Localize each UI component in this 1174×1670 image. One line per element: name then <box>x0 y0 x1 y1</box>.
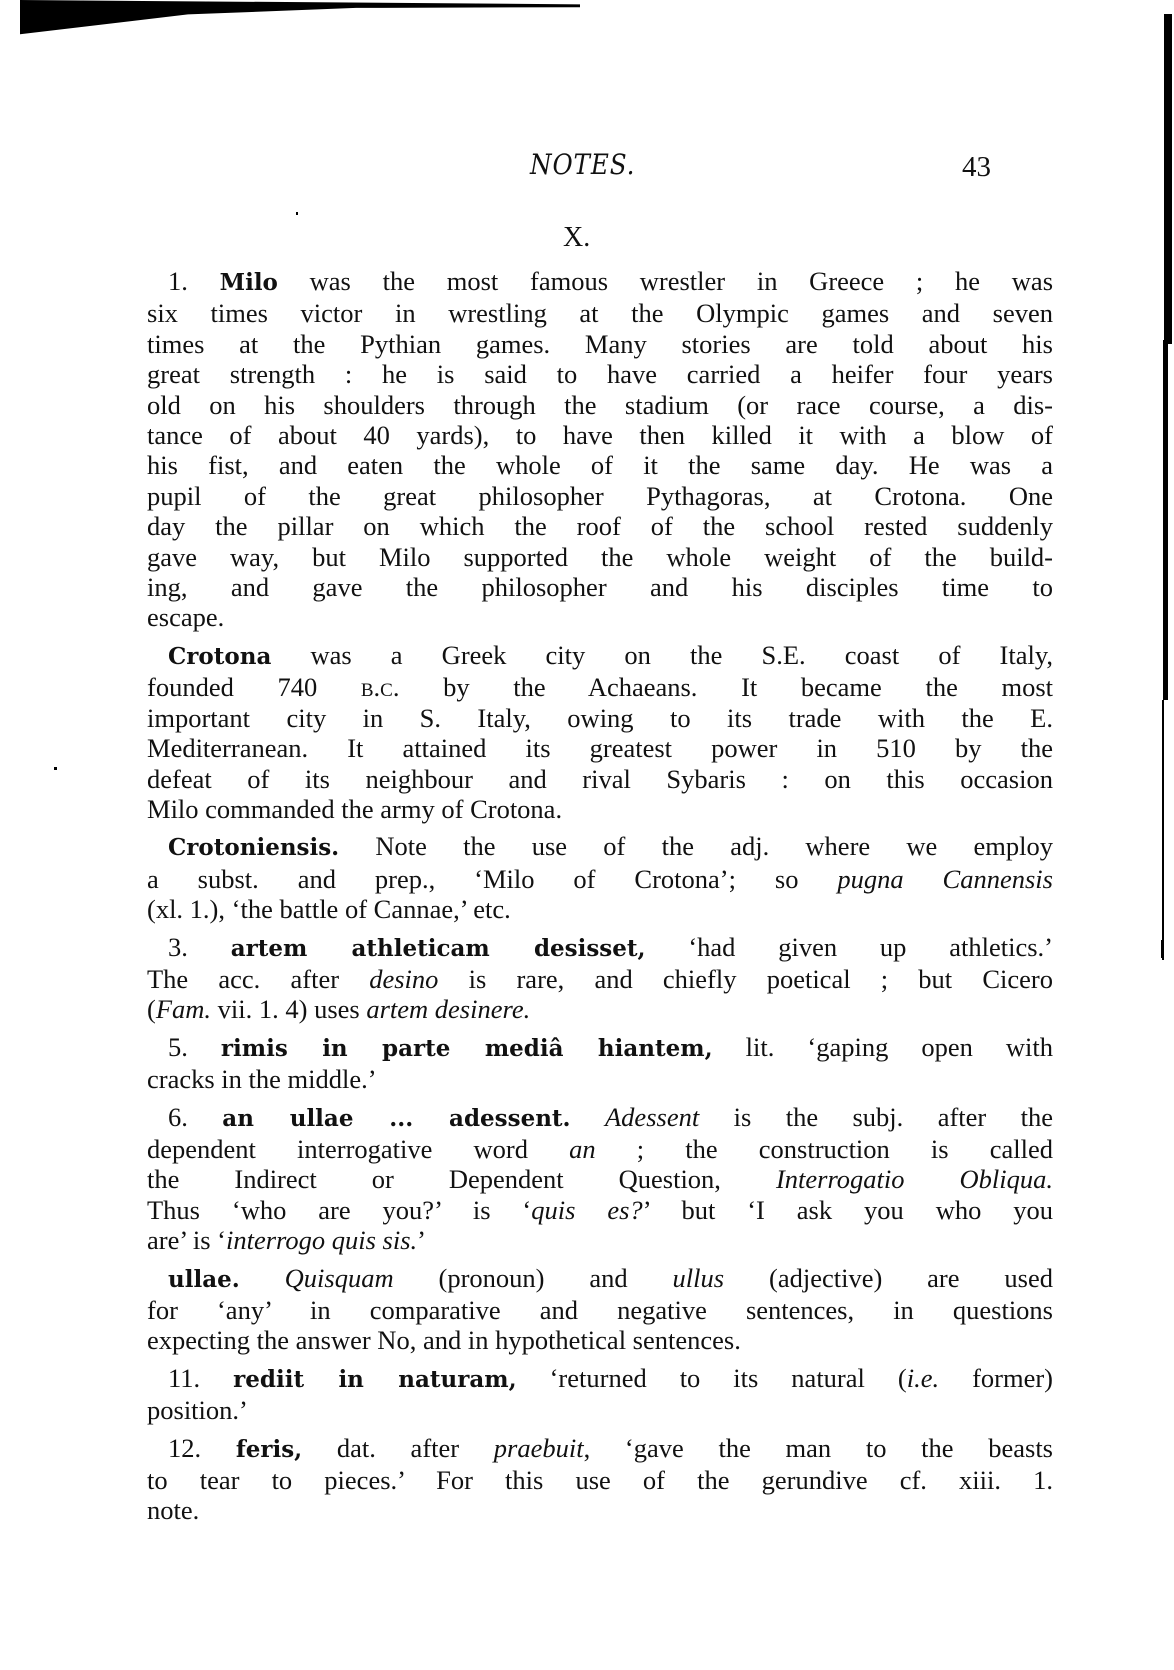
scan-edge-right <box>1164 14 1172 344</box>
text: times at the Pythian games. Many stories… <box>147 329 1053 359</box>
text-line: 5. rimis in parte mediâ hiantem, lit. ‘g… <box>147 1032 1053 1064</box>
text: 12. <box>168 1433 236 1463</box>
text-line: expecting the answer No, and in hypothet… <box>147 1325 1053 1355</box>
text-line: Mediterranean. It attained its greatest … <box>147 733 1053 763</box>
text-line: his fist, and eaten the whole of it the … <box>147 450 1053 480</box>
scan-speck <box>296 212 298 215</box>
text: important city in S. Italy, owing to its… <box>147 703 1053 733</box>
lemma: feris, <box>236 1436 302 1463</box>
text: ing, and gave the philosopher and his di… <box>147 572 1053 602</box>
italic-term: quis es? <box>531 1195 642 1225</box>
italic-term: Fam. <box>156 994 211 1024</box>
text: b.c. <box>361 672 400 702</box>
text: Thus ‘who are you?’ is ‘ <box>147 1195 531 1225</box>
text: six times victor in wrestling at the Oly… <box>147 298 1053 328</box>
text: the Indirect or Dependent Question, <box>147 1164 776 1194</box>
text: to tear to pieces.’ For this use of the … <box>147 1465 1053 1495</box>
text-line: Crotona was a Greek city on the S.E. coa… <box>147 640 1053 672</box>
text: was a Greek city on the S.E. coast of It… <box>271 640 1053 670</box>
text: pupil of the great philosopher Pythagora… <box>147 481 1053 511</box>
text: ’ but ‘I ask you who you <box>643 1195 1053 1225</box>
note-6: 6. an ullae ... adessent. Adessent is th… <box>147 1102 1053 1256</box>
text <box>571 1102 605 1132</box>
note-12: 12. feris, dat. after praebuit, ‘gave th… <box>147 1433 1053 1526</box>
text-line: old on his shoulders through the stadium… <box>147 390 1053 420</box>
text-line: for ‘any’ in comparative and negative se… <box>147 1295 1053 1325</box>
text-line: the Indirect or Dependent Question, Inte… <box>147 1164 1053 1194</box>
lemma: Milo <box>220 269 278 296</box>
text-line: ing, and gave the philosopher and his di… <box>147 572 1053 602</box>
text: (xl. 1.), ‘the battle of Cannae,’ etc. <box>147 894 511 924</box>
text: 11. <box>168 1363 233 1393</box>
italic-term: Adessent <box>605 1102 699 1132</box>
text: ’ <box>417 1225 426 1255</box>
text-line: gave way, but Milo supported the whole w… <box>147 542 1053 572</box>
italic-term: desino <box>369 964 438 994</box>
text: note. <box>147 1495 199 1525</box>
text-line: six times victor in wrestling at the Oly… <box>147 298 1053 328</box>
text: day the pillar on which the roof of the … <box>147 511 1053 541</box>
scan-speck <box>54 767 57 770</box>
text: The acc. after <box>147 964 369 994</box>
text: position.’ <box>147 1395 248 1425</box>
text: by the Achaeans. It became the most <box>399 672 1053 702</box>
text: Milo commanded the army of Crotona. <box>147 794 562 824</box>
scan-edge-right <box>1162 700 1164 960</box>
text-line: 6. an ullae ... adessent. Adessent is th… <box>147 1102 1053 1134</box>
text: 1. <box>168 266 220 296</box>
text: cracks in the middle.’ <box>147 1064 377 1094</box>
text: his fist, and eaten the whole of it the … <box>147 450 1053 480</box>
text-line: Crotoniensis. Note the use of the adj. w… <box>147 831 1053 863</box>
text: 5. <box>168 1032 221 1062</box>
text: escape. <box>147 602 224 632</box>
italic-term: an <box>569 1134 596 1164</box>
text-line: escape. <box>147 602 1053 632</box>
text-line: Thus ‘who are you?’ is ‘quis es?’ but ‘I… <box>147 1195 1053 1225</box>
text-line: Milo commanded the army of Crotona. <box>147 794 1053 824</box>
text-line: a subst. and prep., ‘Milo of Crotona’; s… <box>147 864 1053 894</box>
notes-body: 1. Milo was the most famous wrestler in … <box>147 266 1053 1533</box>
text-line: note. <box>147 1495 1053 1525</box>
note-1-milo: 1. Milo was the most famous wrestler in … <box>147 266 1053 633</box>
text: dependent interrogative word <box>147 1134 569 1164</box>
text-line: dependent interrogative word an ; the co… <box>147 1134 1053 1164</box>
text: great strength : he is said to have carr… <box>147 359 1053 389</box>
text: (pronoun) and <box>394 1263 673 1293</box>
text-line: 11. rediit in naturam, ‘returned to its … <box>147 1363 1053 1395</box>
text <box>240 1263 285 1293</box>
italic-term: Interrogatio Obliqua. <box>776 1164 1053 1194</box>
note-5: 5. rimis in parte mediâ hiantem, lit. ‘g… <box>147 1032 1053 1095</box>
text: former) <box>939 1363 1053 1393</box>
text-line: The acc. after desino is rare, and chief… <box>147 964 1053 994</box>
text-line: founded 740 b.c. by the Achaeans. It bec… <box>147 672 1053 702</box>
text-line: 12. feris, dat. after praebuit, ‘gave th… <box>147 1433 1053 1465</box>
text-line: (Fam. vii. 1. 4) uses artem desinere. <box>147 994 1053 1024</box>
text-line: to tear to pieces.’ For this use of the … <box>147 1465 1053 1495</box>
text: old on his shoulders through the stadium… <box>147 390 1053 420</box>
page-number: 43 <box>962 151 991 184</box>
text: Mediterranean. It attained its greatest … <box>147 733 1053 763</box>
scan-speck <box>1161 940 1162 958</box>
text-line: position.’ <box>147 1395 1053 1425</box>
text: ( <box>147 994 156 1024</box>
note-11: 11. rediit in naturam, ‘returned to its … <box>147 1363 1053 1426</box>
scan-edge-line <box>300 5 570 6</box>
lemma: Crotoniensis. <box>168 834 339 861</box>
text: tance of about 40 yards), to have then k… <box>147 420 1053 450</box>
lemma: rediit in naturam, <box>233 1366 516 1393</box>
text: expecting the answer No, and in hypothet… <box>147 1325 741 1355</box>
text: (adjective) are used <box>724 1263 1053 1293</box>
lemma: artem athleticam desisset, <box>231 935 646 962</box>
section-heading: X. <box>563 222 590 254</box>
text-line: are’ is ‘interrogo quis sis.’ <box>147 1225 1053 1255</box>
text: a subst. and prep., ‘Milo of Crotona’; s… <box>147 864 837 894</box>
italic-term: ullus <box>673 1263 725 1293</box>
text-line: ullae. Quisquam (pronoun) and ullus (adj… <box>147 1263 1053 1295</box>
running-head: NOTES. <box>530 148 635 181</box>
text: is the subj. after the <box>699 1102 1053 1132</box>
text: gave way, but Milo supported the whole w… <box>147 542 1053 572</box>
scan-edge-right <box>1163 340 1168 700</box>
text: defeat of its neighbour and rival Sybari… <box>147 764 1053 794</box>
lemma: rimis in parte mediâ hiantem, <box>221 1035 713 1062</box>
text-line: cracks in the middle.’ <box>147 1064 1053 1094</box>
lemma: ullae. <box>168 1266 240 1293</box>
text: 6. <box>168 1102 222 1132</box>
lemma: Crotona <box>168 643 271 670</box>
text: ‘returned to its natural ( <box>517 1363 907 1393</box>
text: was the most famous wrestler in Greece ;… <box>278 266 1053 296</box>
text: 3. <box>168 932 231 962</box>
text: is rare, and chiefly poetical ; but Cice… <box>438 964 1053 994</box>
text-line: (xl. 1.), ‘the battle of Cannae,’ etc. <box>147 894 1053 924</box>
lemma: an ullae ... adessent. <box>222 1105 570 1132</box>
text-line: day the pillar on which the roof of the … <box>147 511 1053 541</box>
text: lit. ‘gaping open with <box>713 1032 1053 1062</box>
italic-term: i.e. <box>907 1363 939 1393</box>
text: ; the construction is called <box>596 1134 1053 1164</box>
text-line: important city in S. Italy, owing to its… <box>147 703 1053 733</box>
text-line: tance of about 40 yards), to have then k… <box>147 420 1053 450</box>
note-ullae: ullae. Quisquam (pronoun) and ullus (adj… <box>147 1263 1053 1356</box>
text-line: 1. Milo was the most famous wrestler in … <box>147 266 1053 298</box>
text-line: pupil of the great philosopher Pythagora… <box>147 481 1053 511</box>
note-crotona: Crotona was a Greek city on the S.E. coa… <box>147 640 1053 824</box>
text-line: times at the Pythian games. Many stories… <box>147 329 1053 359</box>
text: for ‘any’ in comparative and negative se… <box>147 1295 1053 1325</box>
italic-term: praebuit <box>494 1433 584 1463</box>
text: dat. after <box>302 1433 494 1463</box>
italic-term: Quisquam <box>285 1263 394 1293</box>
italic-term: interrogo quis sis. <box>226 1225 417 1255</box>
note-3: 3. artem athleticam desisset, ‘had given… <box>147 932 1053 1025</box>
text-line: 3. artem athleticam desisset, ‘had given… <box>147 932 1053 964</box>
text-line: great strength : he is said to have carr… <box>147 359 1053 389</box>
note-crotoniensis: Crotoniensis. Note the use of the adj. w… <box>147 831 1053 924</box>
text: founded 740 <box>147 672 361 702</box>
text: , ‘gave the man to the beasts <box>584 1433 1053 1463</box>
text-line: defeat of its neighbour and rival Sybari… <box>147 764 1053 794</box>
text: vii. 1. 4) uses <box>211 994 366 1024</box>
italic-term: artem desinere. <box>366 994 530 1024</box>
text: Note the use of the adj. where we employ <box>339 831 1053 861</box>
italic-term: pugna Cannensis <box>837 864 1053 894</box>
text: ‘had given up athletics.’ <box>646 932 1054 962</box>
text: are’ is ‘ <box>147 1225 226 1255</box>
